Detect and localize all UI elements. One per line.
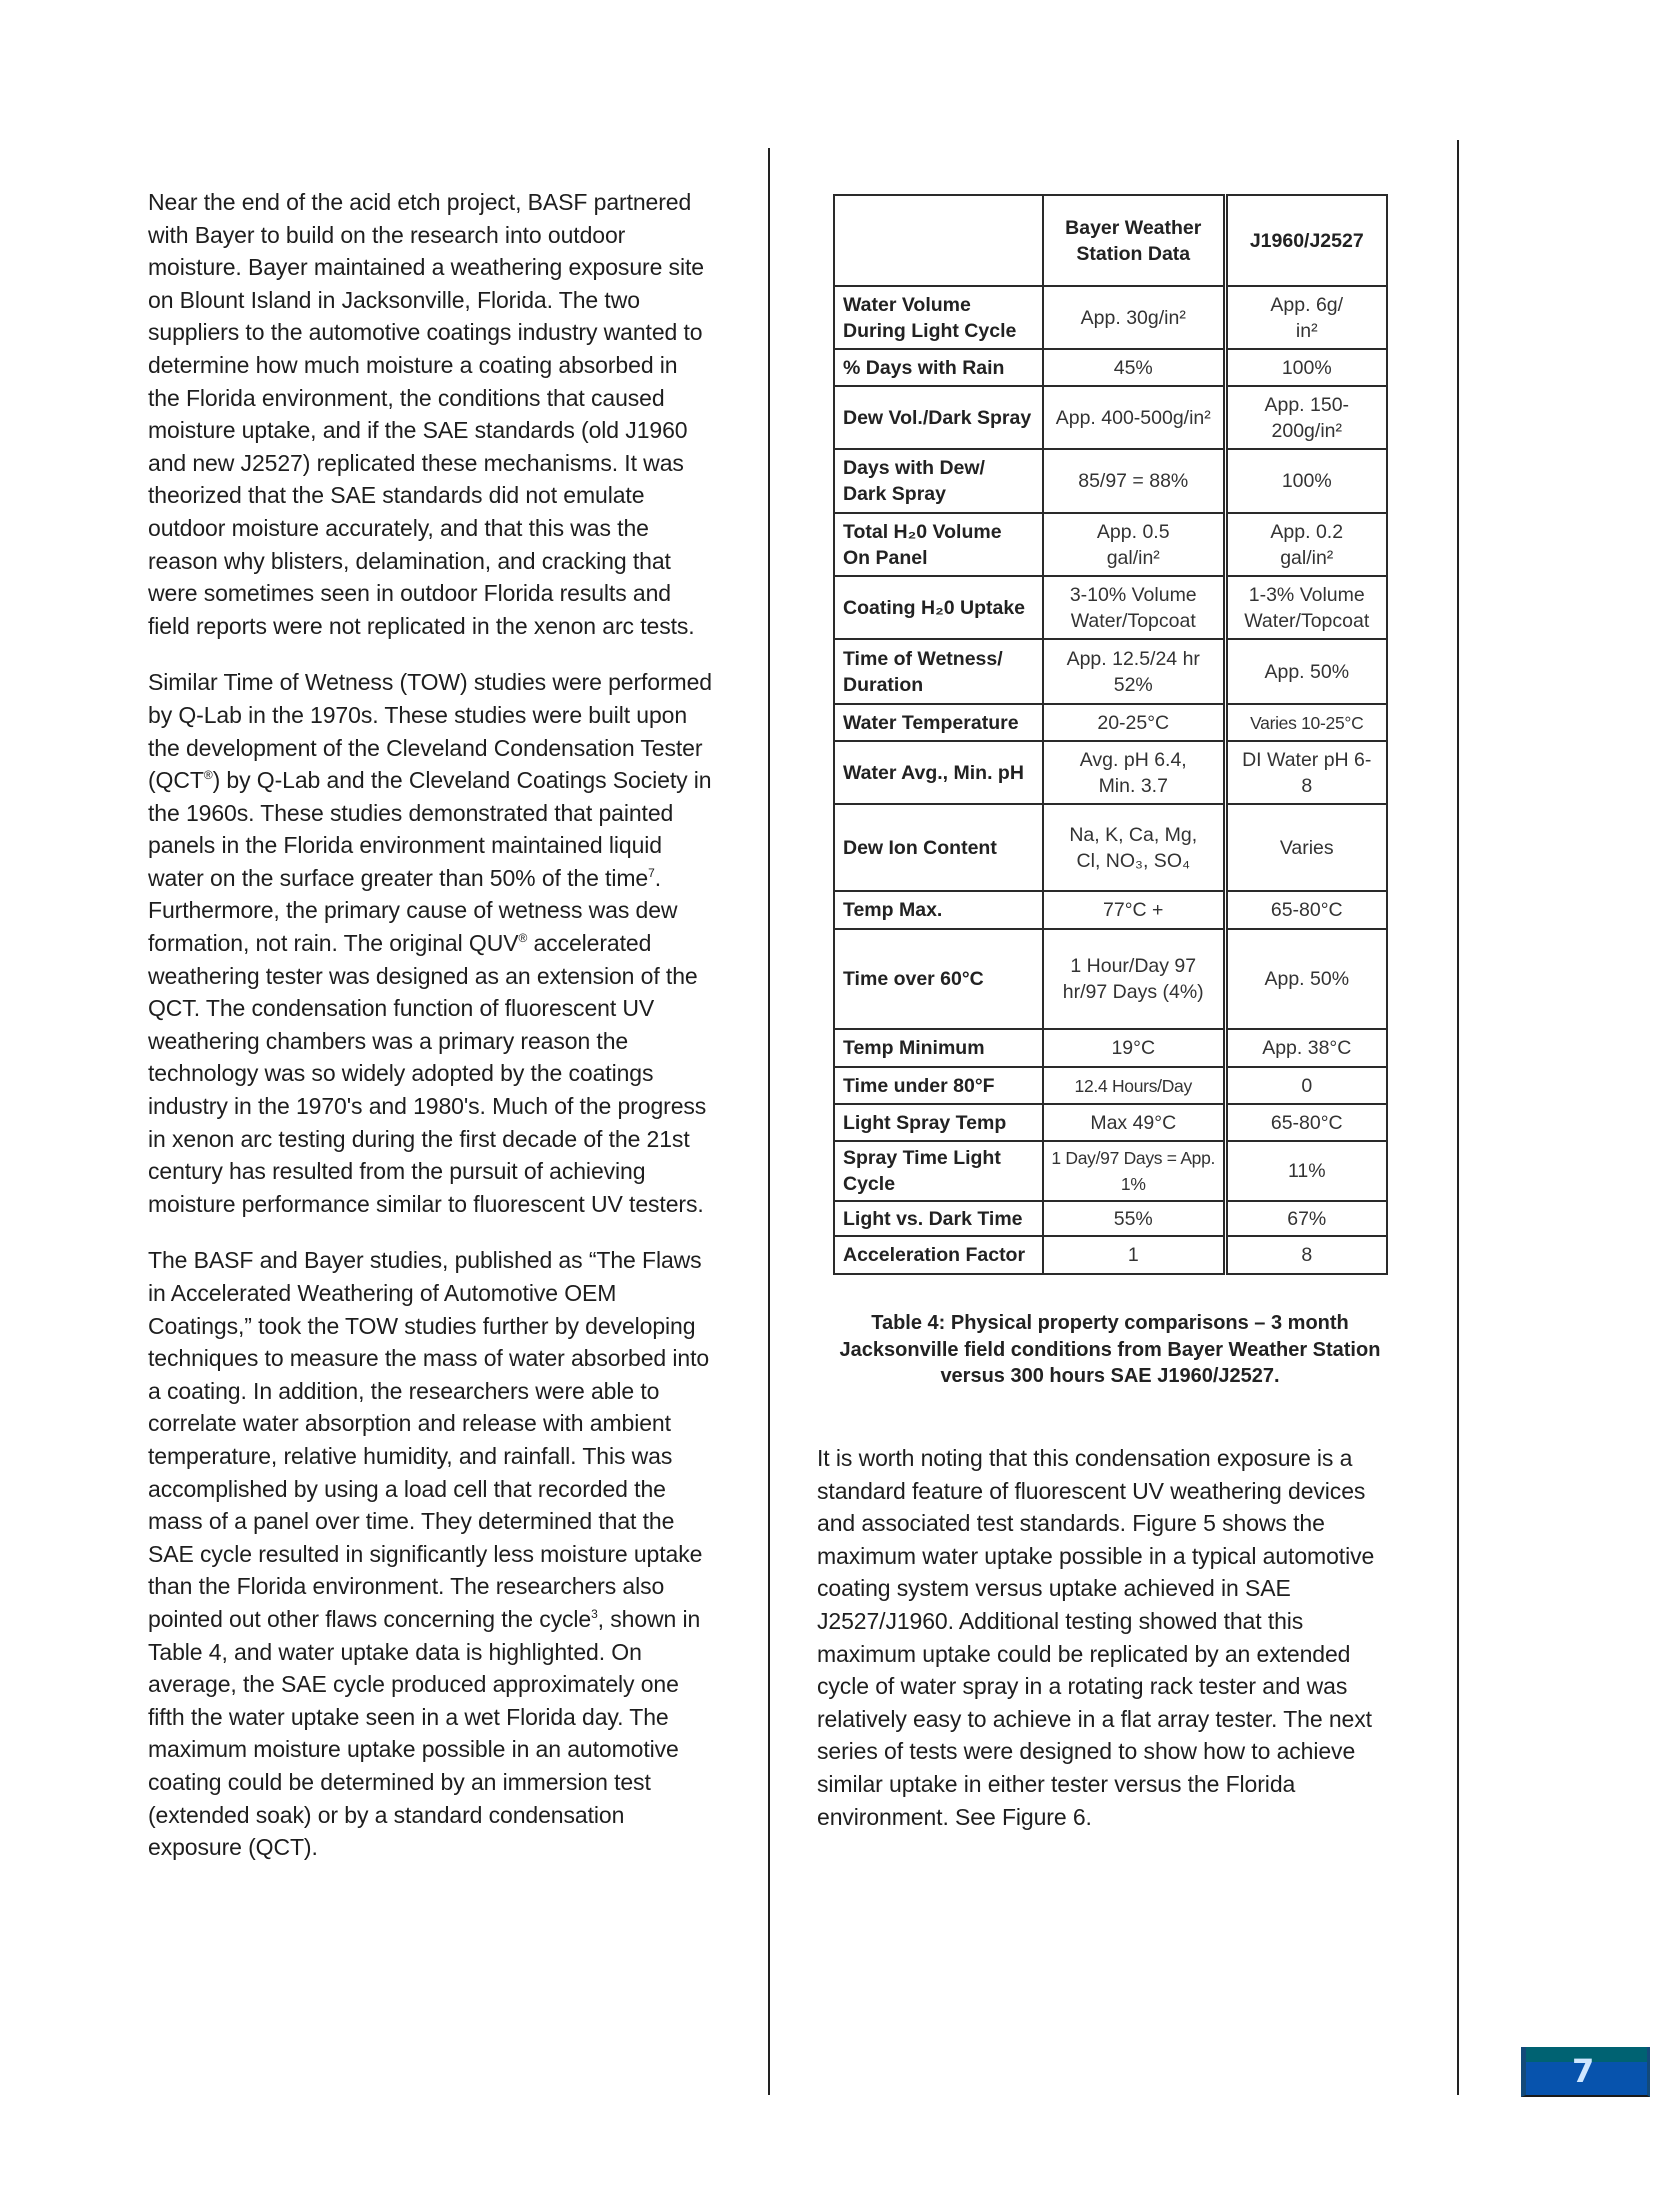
registered-mark: ® — [518, 931, 527, 945]
row-label: Total H₂0 Volume On Panel — [834, 513, 1043, 576]
table-4-physical-property-comparison: Bayer Weather Station Data J1960/J2527 W… — [833, 194, 1388, 1275]
sae-value: App. 50% — [1225, 929, 1387, 1029]
row-label: Dew Vol./Dark Spray — [834, 386, 1043, 449]
reference-superscript: 3 — [591, 1607, 598, 1621]
header-cell-empty — [834, 195, 1043, 286]
registered-mark: ® — [204, 768, 213, 782]
bayer-value: App. 0.5 gal/in² — [1043, 513, 1225, 576]
sae-value: 8 — [1225, 1236, 1387, 1274]
table-row: Time over 60°C 1 Hour/Day 97 hr/97 Days … — [834, 929, 1387, 1029]
bayer-value: Avg. pH 6.4, Min. 3.7 — [1043, 741, 1225, 804]
table-row: Water Avg., Min. pH Avg. pH 6.4, Min. 3.… — [834, 741, 1387, 804]
bayer-value: 45% — [1043, 349, 1225, 386]
bayer-value-text: 1 Day/97 Days = App. 1% — [1051, 1148, 1215, 1194]
row-label: Time of Wetness/ Duration — [834, 639, 1043, 704]
text-run: The BASF and Bayer studies, published as… — [148, 1247, 709, 1632]
table-row: Acceleration Factor 1 8 — [834, 1236, 1387, 1274]
sae-value: 65-80°C — [1225, 891, 1387, 929]
bayer-value: App. 12.5/24 hr 52% — [1043, 639, 1225, 704]
table-row: Time of Wetness/ Duration App. 12.5/24 h… — [834, 639, 1387, 704]
left-column: Near the end of the acid etch project, B… — [148, 186, 714, 1864]
table-row: Dew Ion Content Na, K, Ca, Mg, Cl, NO₃, … — [834, 804, 1387, 891]
table-row: Spray Time Light Cycle 1 Day/97 Days = A… — [834, 1141, 1387, 1201]
table-row: Time under 80°F 12.4 Hours/Day 0 — [834, 1067, 1387, 1104]
sae-value: Varies — [1225, 804, 1387, 891]
row-label: Days with Dew/ Dark Spray — [834, 449, 1043, 513]
sae-value: 1-3% Volume Water/Topcoat — [1225, 576, 1387, 639]
sae-value: App. 50% — [1225, 639, 1387, 704]
table-row: Temp Max. 77°C + 65-80°C — [834, 891, 1387, 929]
text-run: ) by Q-Lab and the Cleveland Coatings So… — [148, 767, 712, 891]
row-label: Time over 60°C — [834, 929, 1043, 1029]
table-row: Light Spray Temp Max 49°C 65-80°C — [834, 1104, 1387, 1141]
table-row: Water Volume During Light Cycle App. 30g… — [834, 286, 1387, 349]
table-row: % Days with Rain 45% 100% — [834, 349, 1387, 386]
sae-value-text: Varies 10-25°C — [1250, 713, 1363, 733]
bayer-value: 20-25°C — [1043, 704, 1225, 741]
paragraph-time-of-wetness: Similar Time of Wetness (TOW) studies we… — [148, 666, 714, 1220]
sae-value: 65-80°C — [1225, 1104, 1387, 1141]
row-label: % Days with Rain — [834, 349, 1043, 386]
bayer-value: 77°C + — [1043, 891, 1225, 929]
header-cell-sae: J1960/J2527 — [1225, 195, 1387, 286]
row-label: Light Spray Temp — [834, 1104, 1043, 1141]
bayer-value: 55% — [1043, 1201, 1225, 1236]
text-run: , shown in Table 4, and water uptake dat… — [148, 1606, 700, 1860]
table-row: Water Temperature 20-25°C Varies 10-25°C — [834, 704, 1387, 741]
bayer-value: 1 Hour/Day 97 hr/97 Days (4%) — [1043, 929, 1225, 1029]
bayer-value-text: 12.4 Hours/Day — [1075, 1076, 1192, 1096]
sae-value: App. 150-200g/in² — [1225, 386, 1387, 449]
sae-value: 100% — [1225, 449, 1387, 513]
column-divider-right — [1457, 140, 1459, 2095]
table-row: Coating H₂0 Uptake 3-10% Volume Water/To… — [834, 576, 1387, 639]
text-run: accelerated weathering tester was design… — [148, 930, 706, 1217]
page-number-badge: 7 — [1521, 2047, 1650, 2097]
sae-value: 67% — [1225, 1201, 1387, 1236]
table-header-row: Bayer Weather Station Data J1960/J2527 — [834, 195, 1387, 286]
header-cell-bayer: Bayer Weather Station Data — [1043, 195, 1225, 286]
bayer-value: 12.4 Hours/Day — [1043, 1067, 1225, 1104]
row-label: Water Temperature — [834, 704, 1043, 741]
sae-value: DI Water pH 6-8 — [1225, 741, 1387, 804]
row-label: Temp Max. — [834, 891, 1043, 929]
row-label: Coating H₂0 Uptake — [834, 576, 1043, 639]
sae-value: App. 38°C — [1225, 1029, 1387, 1067]
bayer-value: Max 49°C — [1043, 1104, 1225, 1141]
sae-value: Varies 10-25°C — [1225, 704, 1387, 741]
bayer-value: 3-10% Volume Water/Topcoat — [1043, 576, 1225, 639]
sae-value: 0 — [1225, 1067, 1387, 1104]
column-divider-left — [768, 148, 770, 2095]
row-label: Time under 80°F — [834, 1067, 1043, 1104]
paragraph-flaws-study: The BASF and Bayer studies, published as… — [148, 1244, 714, 1863]
right-column: It is worth noting that this condensatio… — [817, 1442, 1407, 1833]
row-label: Water Avg., Min. pH — [834, 741, 1043, 804]
table-row: Days with Dew/ Dark Spray 85/97 = 88% 10… — [834, 449, 1387, 513]
table-row: Total H₂0 Volume On Panel App. 0.5 gal/i… — [834, 513, 1387, 576]
bayer-value: App. 30g/in² — [1043, 286, 1225, 349]
sae-value: 11% — [1225, 1141, 1387, 1201]
row-label: Temp Minimum — [834, 1029, 1043, 1067]
paragraph-basf-bayer-partnership: Near the end of the acid etch project, B… — [148, 186, 714, 642]
row-label: Light vs. Dark Time — [834, 1201, 1043, 1236]
reference-superscript: 7 — [648, 866, 655, 880]
bayer-value: Na, K, Ca, Mg, Cl, NO₃, SO₄ — [1043, 804, 1225, 891]
bayer-value: 1 Day/97 Days = App. 1% — [1043, 1141, 1225, 1201]
table-row: Dew Vol./Dark Spray App. 400-500g/in² Ap… — [834, 386, 1387, 449]
bayer-value: 1 — [1043, 1236, 1225, 1274]
table-row: Light vs. Dark Time 55% 67% — [834, 1201, 1387, 1236]
row-label: Water Volume During Light Cycle — [834, 286, 1043, 349]
row-label: Acceleration Factor — [834, 1236, 1043, 1274]
bayer-value: App. 400-500g/in² — [1043, 386, 1225, 449]
paragraph-condensation-exposure: It is worth noting that this condensatio… — [817, 1442, 1389, 1833]
bayer-value: 19°C — [1043, 1029, 1225, 1067]
bayer-value: 85/97 = 88% — [1043, 449, 1225, 513]
sae-value: 100% — [1225, 349, 1387, 386]
table-caption: Table 4: Physical property comparisons –… — [820, 1310, 1400, 1390]
row-label: Spray Time Light Cycle — [834, 1141, 1043, 1201]
table-row: Temp Minimum 19°C App. 38°C — [834, 1029, 1387, 1067]
row-label: Dew Ion Content — [834, 804, 1043, 891]
page-number: 7 — [1572, 2052, 1594, 2090]
sae-value: App. 6g/ in² — [1225, 286, 1387, 349]
sae-value: App. 0.2 gal/in² — [1225, 513, 1387, 576]
